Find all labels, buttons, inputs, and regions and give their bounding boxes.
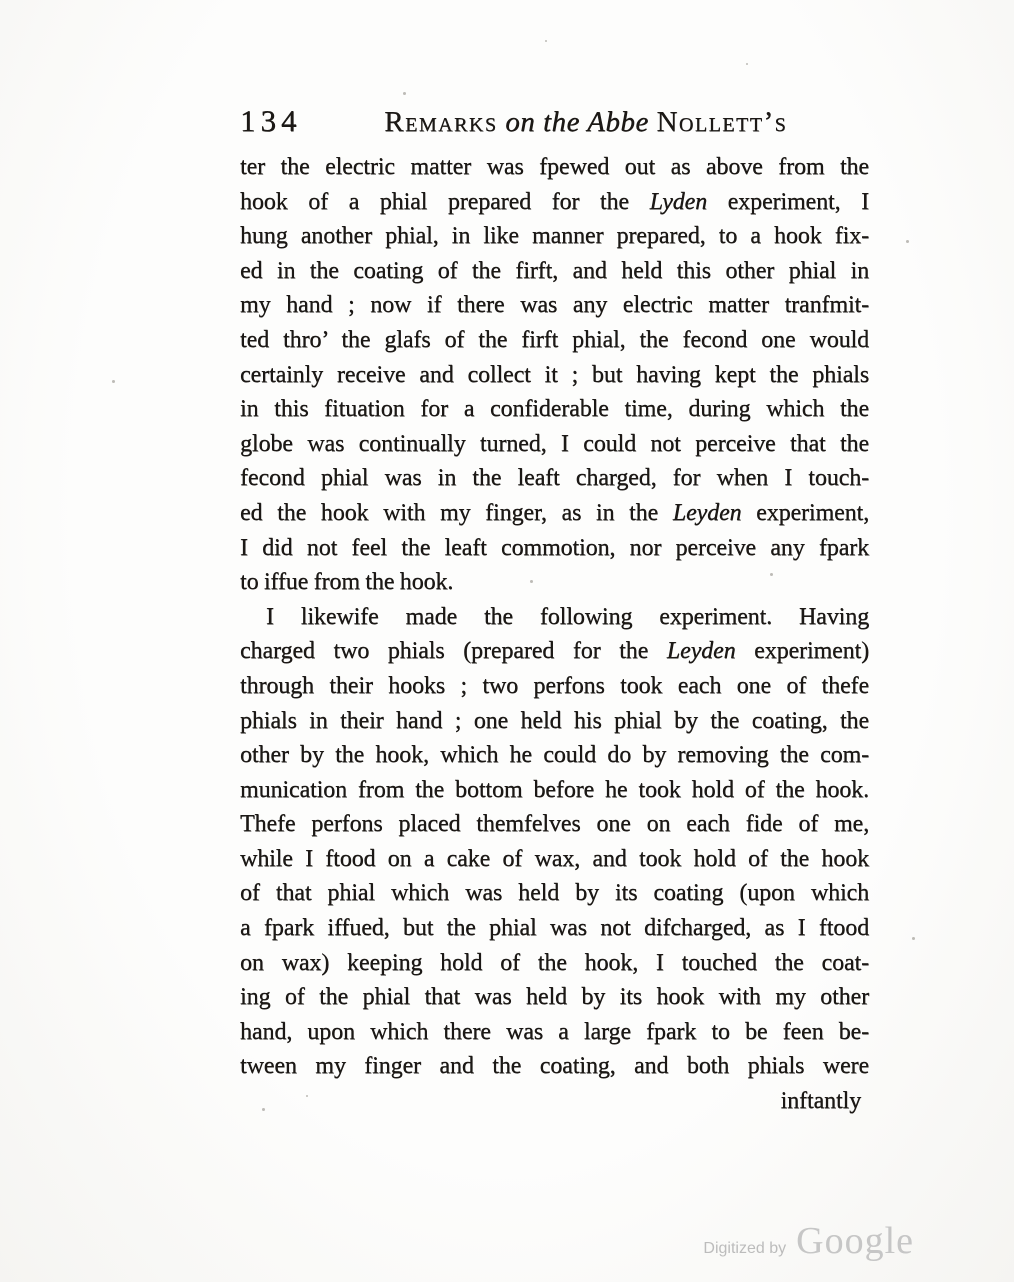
text-segment: experiment) [736,638,869,664]
text-segment: Leyden [667,638,736,664]
text-line: while I ftood on a cake of wax, and took… [240,842,869,877]
text-line: hung another phial, in like manner prepa… [240,219,869,254]
text-line: phials in their hand ; one held his phia… [240,704,869,739]
text-line: munication from the bottom before he too… [240,773,869,808]
text-line: a fpark iffued, but the phial was not di… [240,911,869,946]
text-line: in this fituation for a confiderable tim… [240,392,869,427]
text-segment: other by the hook, which he could do by … [240,742,869,768]
text-segment: tween my finger and the coating, and bot… [240,1053,869,1079]
text-line: ed the hook with my finger, as in the Le… [240,496,869,531]
digitized-by-label: Digitized by [703,1240,786,1258]
text-segment: phials in their hand ; one held his phia… [240,708,869,734]
digitized-watermark: Digitized by Google [703,1219,914,1263]
google-logo: Google [796,1219,914,1263]
body-text: ter the electric matter was fpewed out a… [240,150,869,1119]
text-segment: through their hooks ; two perfons took e… [240,673,869,699]
text-segment: I likewife made the following experiment… [266,604,869,630]
page-heading-title: Remarks on the Abbe Nollett’s [302,106,871,139]
text-line: ing of the phial that was held by its ho… [240,980,869,1015]
scanned-book-page: 134 Remarks on the Abbe Nollett’s ter th… [0,0,1014,1282]
text-segment: hook of a phial prepared for the [240,189,650,215]
text-segment: globe was continually turned, I could no… [240,431,869,457]
text-segment: experiment, [741,500,869,526]
text-line: fecond phial was in the leaft charged, f… [240,461,869,496]
paragraph: I likewife made the following experiment… [240,600,869,1084]
text-segment: Leyden [673,500,742,526]
text-segment: a fpark iffued, but the phial was not di… [240,915,869,941]
heading-segment: on the Abbe [497,106,656,138]
heading-segment: Remarks [384,106,497,138]
text-line: through their hooks ; two perfons took e… [240,669,869,704]
text-segment: to iffue from the hook. [240,569,453,595]
text-segment: hand, upon which there was a large fpark… [240,1019,869,1045]
text-segment: experiment, I [707,189,869,215]
text-line: Thefe perfons placed themfelves one on e… [240,807,869,842]
running-head: 134 Remarks on the Abbe Nollett’s [240,103,870,139]
text-line: my hand ; now if there was any electric … [240,288,869,323]
text-segment: ed the hook with my finger, as in the [240,500,673,526]
text-segment: while I ftood on a cake of wax, and took… [240,846,869,872]
paragraph: ter the electric matter was fpewed out a… [240,150,869,600]
text-segment: certainly receive and collect it ; but h… [240,362,869,388]
text-line: tween my finger and the coating, and bot… [240,1049,869,1084]
text-segment: I did not feel the leaft commotion, nor … [240,535,869,561]
text-line: certainly receive and collect it ; but h… [240,358,869,393]
text-segment: ed in the coating of the firft, and held… [240,258,869,284]
text-segment: ter the electric matter was fpewed out a… [240,154,869,180]
text-line: hook of a phial prepared for the Lyden e… [240,185,869,220]
text-line: ter the electric matter was fpewed out a… [240,150,869,185]
text-line: ted thro’ the glafs of the firft phial, … [240,323,869,358]
text-segment: ing of the phial that was held by its ho… [240,984,869,1010]
text-segment: munication from the bottom before he too… [240,777,869,803]
text-line: other by the hook, which he could do by … [240,738,869,773]
text-line: of that phial which was held by its coat… [240,876,869,911]
text-segment: charged two phials (prepared for the [240,638,667,664]
text-segment: Lyden [650,189,707,215]
text-segment: in this fituation for a confiderable tim… [240,396,869,422]
text-line: on wax) keeping hold of the hook, I touc… [240,946,869,981]
text-line: to iffue from the hook. [240,565,869,600]
text-line: I did not feel the leaft commotion, nor … [240,531,869,566]
text-line: ed in the coating of the firft, and held… [240,254,869,289]
text-segment: hung another phial, in like manner prepa… [240,223,869,249]
text-line: charged two phials (prepared for the Ley… [240,634,869,669]
text-segment: on wax) keeping hold of the hook, I touc… [240,950,869,976]
text-segment: Thefe perfons placed themfelves one on e… [240,811,869,837]
text-line: globe was continually turned, I could no… [240,427,869,462]
text-segment: of that phial which was held by its coat… [240,880,869,906]
catchword: inftantly [240,1084,869,1119]
page-number: 134 [240,103,302,139]
text-line: I likewife made the following experiment… [240,600,869,635]
text-segment: ted thro’ the glafs of the firft phial, … [240,327,869,353]
text-segment: my hand ; now if there was any electric … [240,292,869,318]
text-segment: fecond phial was in the leaft charged, f… [240,465,869,491]
text-line: hand, upon which there was a large fpark… [240,1015,869,1050]
heading-segment: Nollett’s [656,106,787,138]
